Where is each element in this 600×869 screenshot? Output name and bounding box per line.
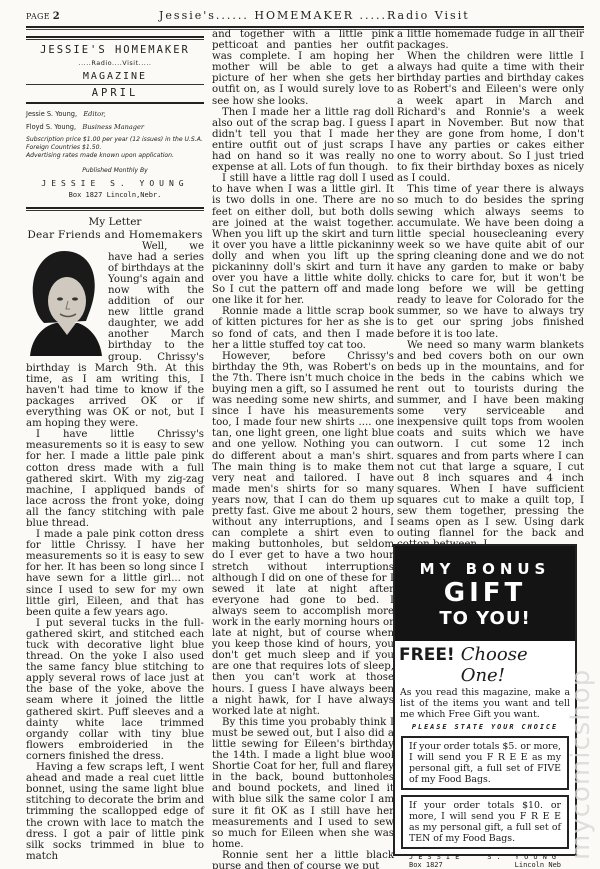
watermark: mycomicshop [566,560,596,860]
magazine-subtitle: .....Radio....Visit..... [26,58,204,69]
section-rule-thin [26,210,204,211]
advertising-info: Advertising rates made known upon applic… [26,152,204,160]
ad-sig-name: JESSIE S. YOUNG [409,853,561,861]
published-by: Published Monthly By [26,165,204,176]
ad-line-my-bonus: MY BONUS [395,546,575,578]
ad-line-gift: GIFT [395,580,575,606]
header-rule [26,26,584,28]
letter-paragraph: However, before Chrissy's birthday the 9… [212,351,394,717]
offer-ten-bags: If your order totals $10. or more, I wil… [401,795,569,849]
publisher-address: Box 1827 Lincoln,Nebr. [26,190,204,201]
masthead-rule-thin [26,39,204,40]
letter-paragraph: This time of year there is always so muc… [397,184,584,339]
page-header: PAGE 2 Jessie's...... HOMEMAKER .....Rad… [26,6,584,24]
column-1: JESSIE'S HOMEMAKER .....Radio....Visit..… [26,32,204,862]
letter-paragraph: Ronnie sent her a little black purse and… [212,850,394,869]
ad-instructions: As you read this magazine, make a list o… [395,686,575,720]
letter-paragraph: I made a pale pink cotton dress for litt… [26,529,204,618]
magazine-label: MAGAZINE [26,71,204,85]
ad-please-state: PLEASE STATE YOUR CHOICE [395,723,575,731]
letter-paragraph: We need so many warm blankets and bed co… [397,340,584,551]
foreign-price: Foreign Countries $1.50. [26,144,204,152]
masthead-rule [26,36,204,38]
section-rule [26,207,204,209]
letter-paragraph: I have little Chrissy's measurements so … [26,429,204,529]
page-number: PAGE 2 [26,11,60,22]
staff-list: Jessie S. Young, Editor, Floyd S. Young,… [26,110,204,131]
letter-paragraph: and together with a little pink petticoa… [212,29,394,107]
letter-paragraph: Then I made her a little rag doll also o… [212,107,394,174]
letter-paragraph: Having a few scraps left, I went ahead a… [26,762,204,862]
magazine-title: JESSIE'S HOMEMAKER [26,45,204,56]
issue-month: APRIL [26,85,204,104]
letter-paragraph: I still have a little rag doll I used to… [212,173,394,306]
column-2: and together with a little pink petticoa… [212,29,394,869]
ad-choose-one: Choose One! [461,644,571,686]
ad-signature: JESSIE S. YOUNG Box 1827 Lincoln Neb [409,853,561,869]
ad-free-heading: FREE! Choose One! [395,641,575,686]
author-photo [26,243,102,356]
ad-banner: MY BONUS GIFT TO YOU! [395,546,575,641]
manager-line: Floyd S. Young, Business Manager [26,123,204,131]
offer-five-bags: If your order totals $5. or more, I will… [401,736,569,790]
ad-free: FREE! [399,645,455,665]
subscription-info: Subscription price $1.00 per year (12 is… [26,136,204,144]
portrait-image-icon [26,243,102,356]
ad-sig-address: Box 1827 Lincoln Neb [409,861,561,869]
bonus-gift-ad: MY BONUS GIFT TO YOU! FREE! Choose One! … [393,544,577,856]
column-3: a little homemade fudge in all their pac… [397,29,584,570]
letter-greeting: Dear Friends and Homemakers [26,230,204,241]
running-masthead: Jessie's...... HOMEMAKER .....Radio Visi… [159,9,470,22]
letter-paragraph: Ronnie made a little scrap book of kitte… [212,306,394,350]
letter-paragraph: When the children were little I always h… [397,51,584,184]
publisher-name: JESSIE S. YOUNG [26,178,204,189]
letter-paragraph: I put several tucks in the full-gathered… [26,618,204,762]
editor-line: Jessie S. Young, Editor, [26,110,204,118]
letter-paragraph: a little homemade fudge in all their pac… [397,29,584,51]
masthead-box: JESSIE'S HOMEMAKER .....Radio....Visit..… [26,36,204,211]
letter-heading: My Letter [26,217,204,228]
letter-paragraph: By this time you probably think I must b… [212,717,394,850]
magazine-page: PAGE 2 Jessie's...... HOMEMAKER .....Rad… [0,0,600,869]
ad-line-to-you: TO YOU! [395,608,575,629]
